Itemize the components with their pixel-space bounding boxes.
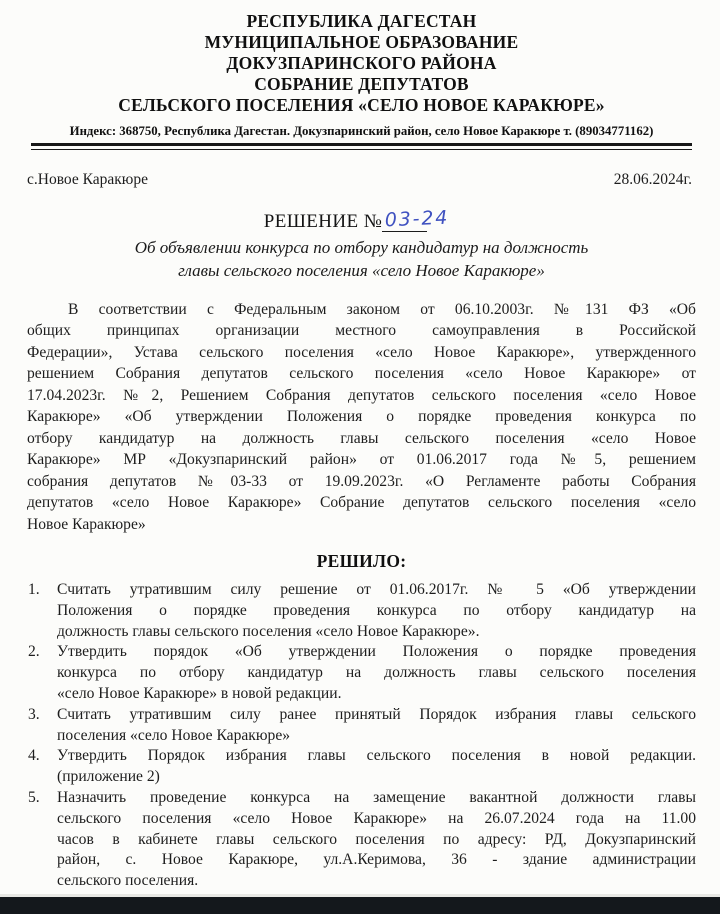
preamble-line: решением Собрания депутатов сельского по… [27,363,696,385]
item-line: сельского поселения. [57,871,696,892]
resolution-item-3: 3. Считать утратившим силу ранее приняты… [27,705,696,747]
item-line: (приложение 2) [57,767,696,788]
preamble-line: депутатов «село Новое Каракюре» Собрание… [27,492,696,514]
resolution-item-4: 4. Утвердить Порядок избрания главы сель… [27,746,696,788]
decision-subtitle: Об объявлении конкурса по отбору кандида… [27,236,696,282]
decision-title-label: РЕШЕНИЕ № [264,211,382,232]
meta-row: с.Новое Каракюре 28.06.2024г. [27,170,696,190]
document-content: РЕСПУБЛИКА ДАГЕСТАН МУНИЦИПАЛЬНОЕ ОБРАЗО… [0,11,720,892]
item-number: 1. [28,580,40,601]
header-divider [31,143,692,150]
preamble-line: В соответствии с Федеральным законом от … [27,299,696,321]
letterhead-line: СЕЛЬСКОГО ПОСЕЛЕНИЯ «СЕЛО НОВОЕ КАРАКЮРЕ… [27,95,696,116]
preamble-paragraph: В соответствии с Федеральным законом от … [27,299,696,536]
item-number: 3. [28,705,40,726]
item-line: сельского поселения «село Новое Каракюре… [57,809,696,830]
preamble-line: 17.04.2023г. №2, Решением Собрания депут… [27,385,696,407]
item-line: Считать утратившим силу ранее принятый П… [57,705,696,726]
item-line: поселения «село Новое Каракюре» [57,726,696,747]
item-line: Считать утратившим силу решение от 01.06… [57,580,696,601]
item-number: 2. [28,642,40,663]
item-line: Назначить проведение конкурса на замещен… [57,788,696,809]
subtitle-line: главы сельского поселения «село Новое Ка… [27,259,696,282]
item-number: 5. [28,788,40,809]
preamble-line: Каракюре» «Об утверждении Положения о по… [27,406,696,428]
letterhead-line: РЕСПУБЛИКА ДАГЕСТАН [27,11,696,32]
letterhead-line: ДОКУЗПАРИНСКОГО РАЙОНА [27,53,696,74]
resolution-item-5: 5. Назначить проведение конкурса на заме… [27,788,696,892]
resolution-list: 1. Считать утратившим силу решение от 01… [27,580,696,892]
letterhead: РЕСПУБЛИКА ДАГЕСТАН МУНИЦИПАЛЬНОЕ ОБРАЗО… [27,11,696,116]
decision-title: РЕШЕНИЕ №03-24 [27,209,696,234]
resolved-heading: РЕШИЛО: [27,550,696,572]
preamble-line: Новое Каракюре» [27,514,696,536]
item-line: должность главы сельского поселения «сел… [57,622,696,643]
item-line: «село Новое Каракюре» в новой редакции. [57,684,696,705]
item-number: 4. [28,746,40,767]
preamble-line: Каракюре» МР «Докузпаринский район» от 0… [27,449,696,471]
resolution-item-2: 2. Утвердить порядок «Об утверждении Пол… [27,642,696,704]
preamble-line: отбору кандидатур на должность главы сел… [27,428,696,450]
letterhead-line: СОБРАНИЕ ДЕПУТАТОВ [27,74,696,95]
decision-number-slot: 03-24 [382,209,459,234]
preamble-line: собрания депутатов №03-33 от 19.09.2023г… [27,471,696,493]
place-label: с.Новое Каракюре [27,170,148,190]
item-line: район, с. Новое Каракюре, ул.А.Керимова,… [57,850,696,871]
item-line: Положения о порядке проведения конкурса … [57,601,696,622]
item-line: Утвердить порядок «Об утверждении Положе… [57,642,696,663]
handwritten-decision-number: 03-24 [385,205,450,233]
item-line: часов в кабинете главы сельского поселен… [57,830,696,851]
preamble-line: Федерации», Устава сельского поселения «… [27,342,696,364]
item-line: Утвердить Порядок избрания главы сельско… [57,746,696,767]
item-line: конкурса по отбору кандидатур на должнос… [57,663,696,684]
document-page: РЕСПУБЛИКА ДАГЕСТАН МУНИЦИПАЛЬНОЕ ОБРАЗО… [0,0,720,914]
resolution-item-1: 1. Считать утратившим силу решение от 01… [27,580,696,642]
preamble-line: общих принципах организации местного сам… [27,320,696,342]
letterhead-line: МУНИЦИПАЛЬНОЕ ОБРАЗОВАНИЕ [27,32,696,53]
address-index-line: Индекс: 368750, Республика Дагестан. Док… [27,124,696,139]
scan-bottom-bar [0,894,720,914]
subtitle-line: Об объявлении конкурса по отбору кандида… [27,236,696,259]
date-label: 28.06.2024г. [614,170,692,190]
